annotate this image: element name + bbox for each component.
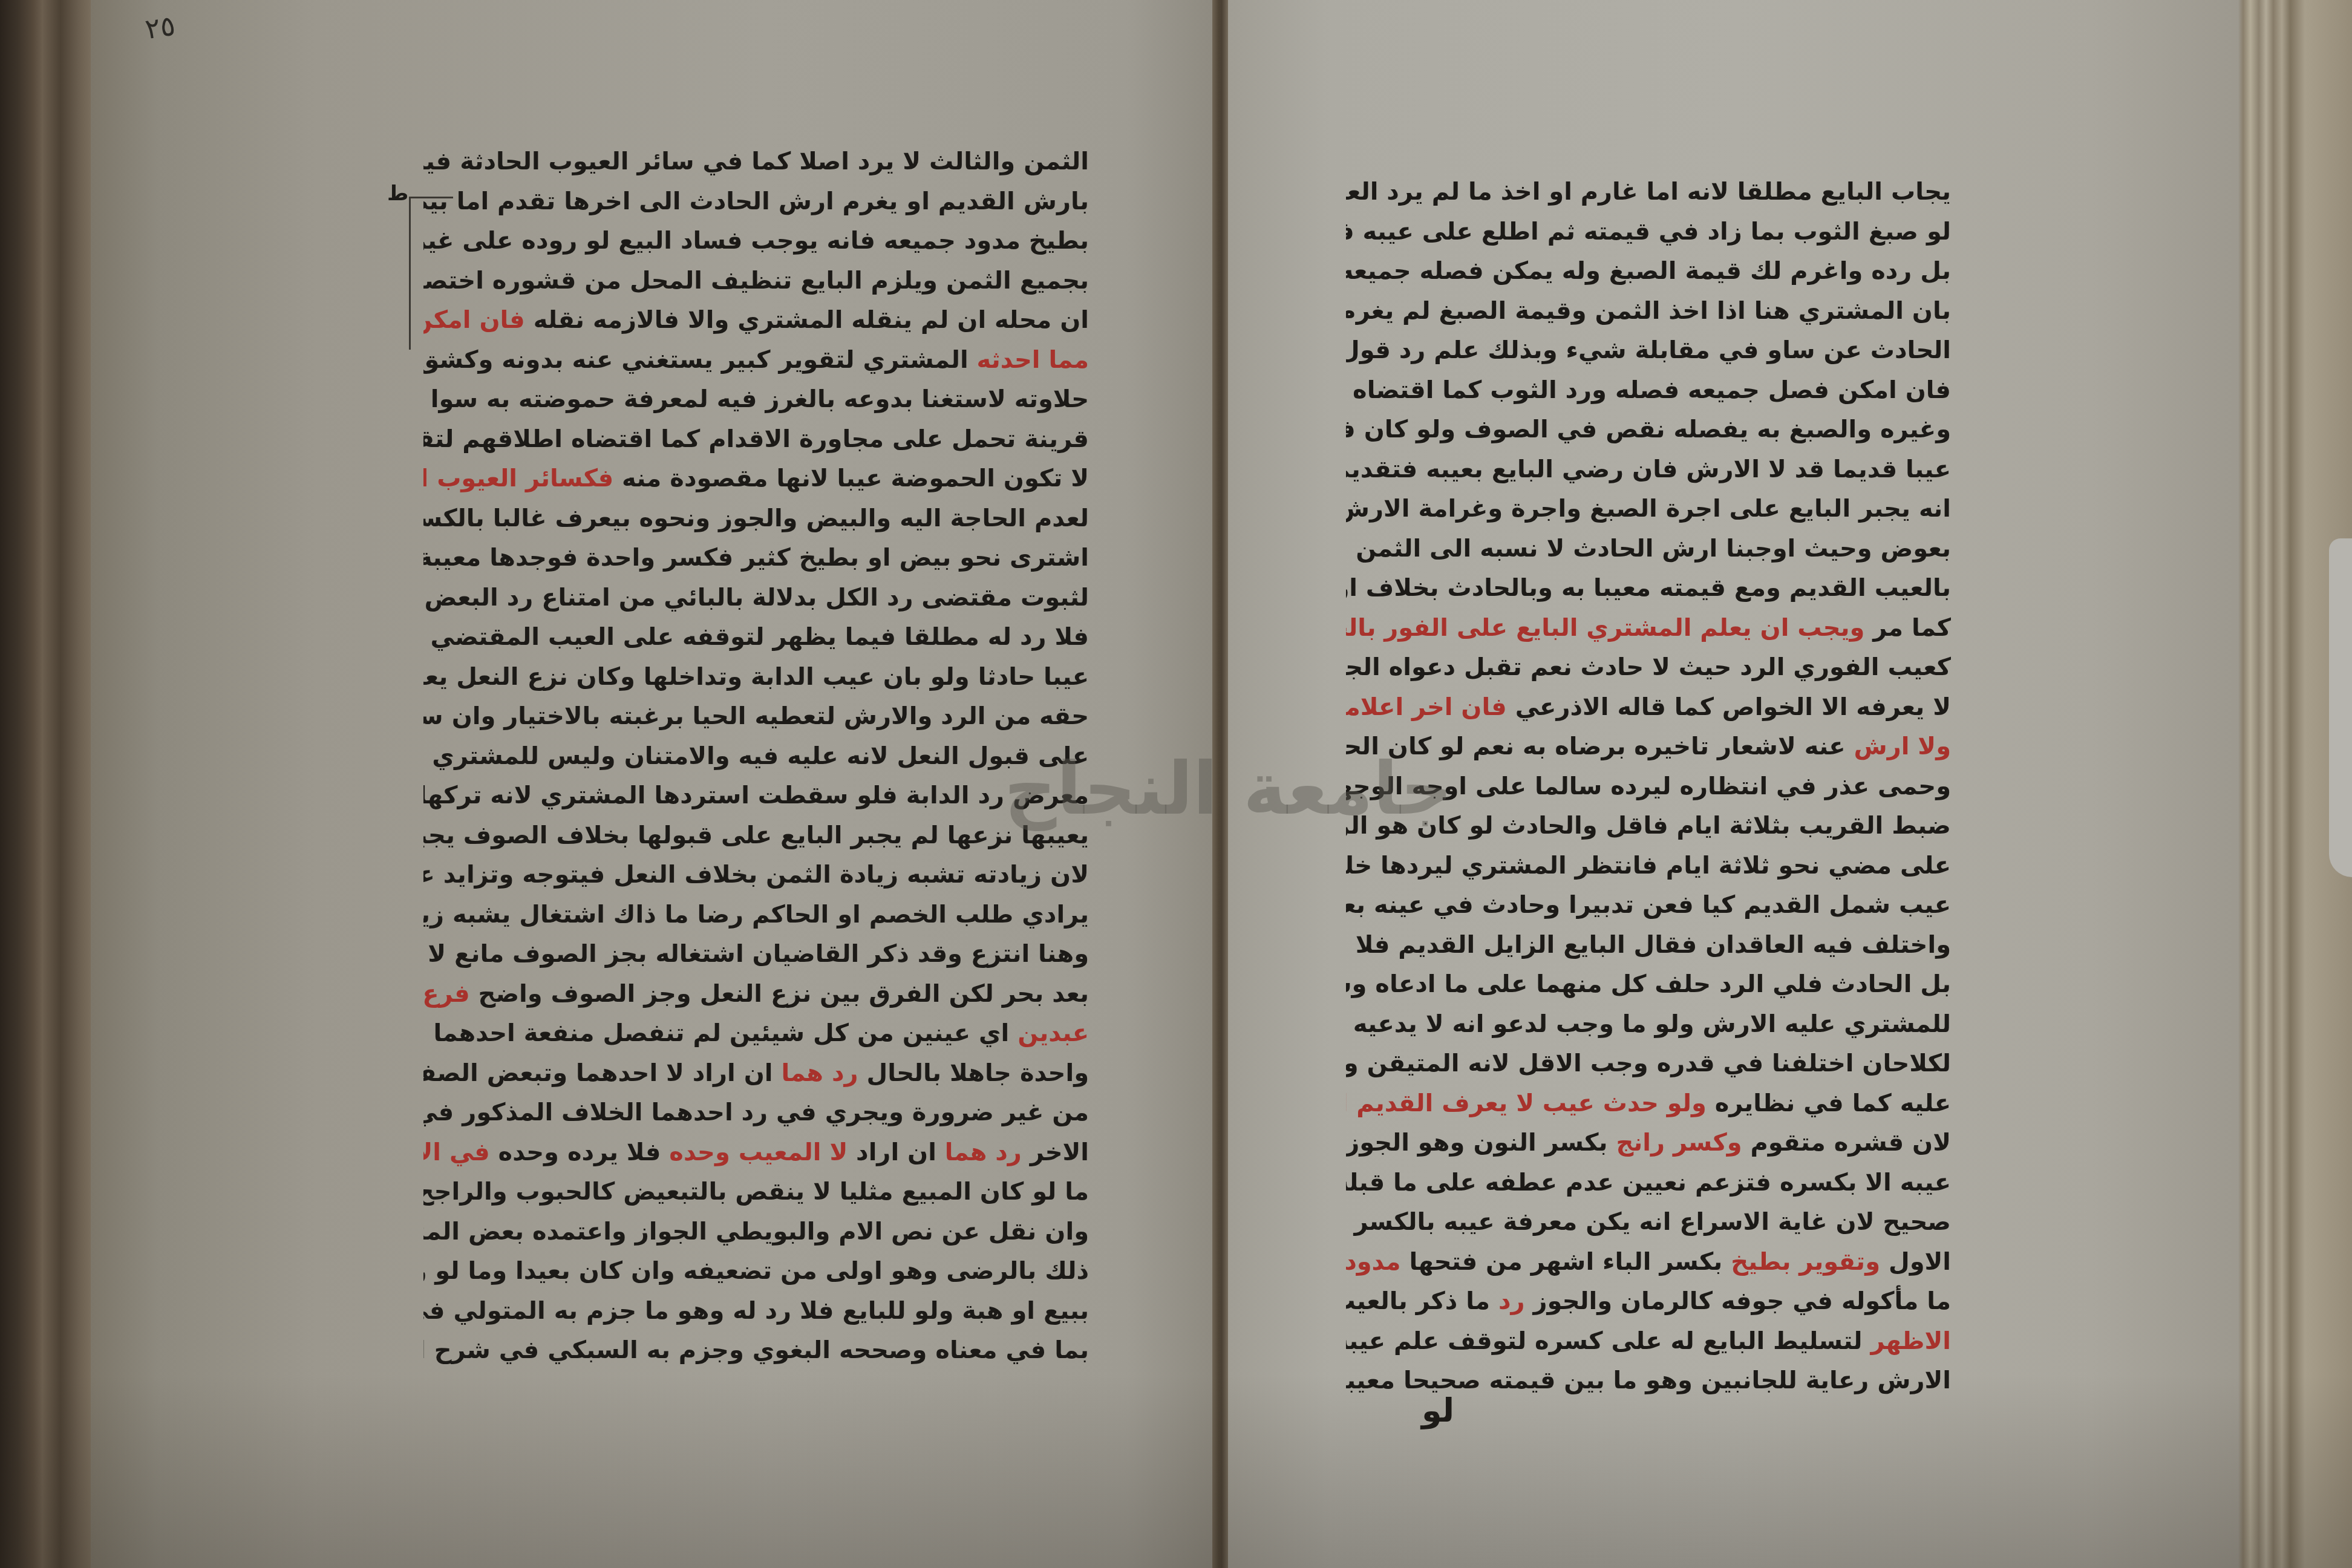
manuscript-line: عليه كما في نظايره ولو حدث عيب لا يعرف ا… bbox=[1346, 1084, 1951, 1124]
body-text: لو صبغ الثوب بما زاد في قيمته ثم اطلع عل… bbox=[1346, 218, 1951, 246]
manuscript-line: يجاب البايع مطلقا لانه اما غارم او اخذ م… bbox=[1346, 172, 1951, 212]
body-text: لثبوت مقتضى رد الكل بدلالة بالبائي من ام… bbox=[423, 584, 1089, 612]
body-text: لكلاحان اختلفنا في قدره وجب الاقل لانه ا… bbox=[1346, 1050, 1951, 1077]
rubric-text: وتقوير بطيخ bbox=[1731, 1248, 1880, 1276]
manuscript-line: لان زيادته تشبه زيادة الثمن بخلاف النعل … bbox=[423, 855, 1089, 895]
manuscript-line: فان امكن فصل جميعه فصله ورد الثوب كما اق… bbox=[1346, 371, 1951, 411]
body-text: الاول bbox=[1880, 1248, 1951, 1276]
body-text: بارش القديم او يغرم ارش الحادث الى اخرها… bbox=[423, 188, 1089, 215]
rubric-text: في الاظهر bbox=[423, 1138, 490, 1166]
manuscript-line: وغيره والصبغ به يفصله نقص في الصوف ولو ك… bbox=[1346, 410, 1951, 450]
manuscript-line: لو صبغ الثوب بما زاد في قيمته ثم اطلع عل… bbox=[1346, 212, 1951, 252]
manuscript-line: عيبا حادثا ولو بان عيب الدابة وتداخلها و… bbox=[423, 658, 1089, 697]
body-text: لان قشره متقوم bbox=[1742, 1129, 1951, 1157]
body-text: من غير ضرورة ويجري في رد احدهما الخلاف ا… bbox=[423, 1099, 1089, 1126]
manuscript-line: للمشتري عليه الارش ولو ما وجب لدعو انه ل… bbox=[1346, 1005, 1951, 1045]
body-text: بان المشتري هنا اذا اخذ الثمن وقيمة الصب… bbox=[1346, 297, 1951, 325]
body-text: ذلك بالرضى وهو اولى من تضعيفه وان كان بع… bbox=[423, 1257, 1089, 1285]
manuscript-line: ما مأكوله في جوفه كالرمان والجوز رد ما ذ… bbox=[1346, 1282, 1951, 1322]
body-text: حلاوته لاستغنا بدوعه بالغرز فيه لمعرفة ح… bbox=[423, 385, 1089, 413]
body-text: ما ذكر بالعيب القديم bbox=[1346, 1287, 1498, 1315]
body-text: بل رده واغرم لك قيمة الصبغ وله يمكن فصله… bbox=[1346, 257, 1951, 285]
body-text: صحيح لان غاية الاسراع انه يكن معرفة عيبه… bbox=[1346, 1208, 1951, 1236]
body-text: وهنا انتزع وقد ذكر القاضيان اشتغاله بجز … bbox=[423, 940, 1089, 968]
manuscript-line: عيبا قديما قد لا الارش فان رضي البايع بع… bbox=[1346, 450, 1951, 490]
manuscript-line: لكلاحان اختلفنا في قدره وجب الاقل لانه ا… bbox=[1346, 1044, 1951, 1084]
folio-number: ٢٥ bbox=[143, 9, 177, 45]
body-text: الحادث عن ساو في مقابلة شيء وبذلك علم رد… bbox=[1346, 336, 1951, 364]
body-text: بكسر الباء اشهر من فتحها bbox=[1400, 1248, 1731, 1276]
manuscript-spread: ٢٥ ط الثمن والثالث لا يرد اصلا كما في سا… bbox=[0, 0, 2352, 1568]
manuscript-line: الاظهر لتسليط البايع له على كسره لتوقف ع… bbox=[1346, 1322, 1951, 1362]
body-text: ان اراد لا احدهما وتبعض الصفقة على الباي… bbox=[423, 1059, 781, 1087]
manuscript-line: بل الحادث فلي الرد حلف كل منهما على ما ا… bbox=[1346, 965, 1951, 1005]
body-text: بل الحادث فلي الرد حلف كل منهما على ما ا… bbox=[1346, 970, 1951, 998]
manuscript-line: بعد بحر لكن الفرق بين نزع النعل وجز الصو… bbox=[423, 975, 1089, 1014]
rubric-text: فرع bbox=[423, 980, 470, 1008]
body-text: عيبا قديما قد لا الارش فان رضي البايع بع… bbox=[1346, 456, 1951, 483]
rubric-text: مدود bbox=[1346, 1248, 1400, 1276]
body-text: لا تكون الحموضة عيبا لانها مقصودة منه bbox=[613, 465, 1089, 492]
manuscript-line: صحيح لان غاية الاسراع انه يكن معرفة عيبه… bbox=[1346, 1203, 1951, 1243]
body-text: الارش رعاية للجانبين وهو ما بين قيمته صح… bbox=[1346, 1367, 1951, 1394]
manuscript-line: بما في معناه وصححه البغوي وجزم به السبكي… bbox=[423, 1331, 1089, 1371]
body-text: بعد بحر لكن الفرق بين نزع النعل وجز الصو… bbox=[470, 980, 1089, 1008]
body-text: كعيب الفوري الرد حيث لا حادث نعم تقبل دع… bbox=[1346, 653, 1951, 681]
body-text: بجميع الثمن ويلزم البايع تنظيف المحل من … bbox=[423, 267, 1089, 295]
body-text: يجاب البايع مطلقا لانه اما غارم او اخذ م… bbox=[1346, 178, 1951, 206]
manuscript-line: ببيع او هبة ولو للبايع فلا رد له وهو ما … bbox=[423, 1292, 1089, 1331]
body-text: للمشتري عليه الارش ولو ما وجب لدعو انه ل… bbox=[1346, 1010, 1951, 1038]
rubric-text: فان امكن معرفة القديم بأقل bbox=[423, 306, 525, 334]
rubric-text: وكسر رانج bbox=[1616, 1129, 1742, 1157]
body-text: ما لو كان المبيع مثليا لا ينقص بالتبعيض … bbox=[423, 1178, 1089, 1206]
manuscript-line: فلا رد له مطلقا فيما يظهر لتوقفه على الع… bbox=[423, 618, 1089, 658]
manuscript-line: ان محله ان لم ينقله المشتري والا فالازمه… bbox=[423, 301, 1089, 341]
body-text: عيبا حادثا ولو بان عيب الدابة وتداخلها و… bbox=[423, 663, 1089, 691]
body-text: اشترى نحو بيض او بطيخ كثير فكسر واحدة فو… bbox=[423, 544, 1089, 572]
rubric-text: عبدين bbox=[1018, 1019, 1089, 1047]
body-text: معرض رد الدابة فلو سقطت استردها المشتري … bbox=[423, 782, 1089, 809]
body-text: على مضي نحو ثلاثة ايام فانتظر المشتري لي… bbox=[1346, 852, 1951, 880]
rubric-text: الاظهر bbox=[1871, 1327, 1951, 1355]
manuscript-line: بطيخ مدود جميعه فانه يوجب فساد البيع لو … bbox=[423, 221, 1089, 261]
manuscript-line: بعوض وحيث اوجبنا ارش الحادث لا نسبه الى … bbox=[1346, 529, 1951, 569]
body-text: يعيبها نزعها لم يجبر البايع على قبولها ب… bbox=[423, 822, 1089, 849]
body-text: فان امكن فصل جميعه فصله ورد الثوب كما اق… bbox=[1346, 376, 1951, 404]
manuscript-line: حلاوته لاستغنا بدوعه بالغرز فيه لمعرفة ح… bbox=[423, 380, 1089, 420]
manuscript-line: لعدم الحاجة اليه والبيض والجوز ونحوه بيع… bbox=[423, 499, 1089, 539]
body-text: بما في معناه وصححه البغوي وجزم به السبكي… bbox=[423, 1336, 1089, 1364]
body-text: اي عينين من كل شيئين لم تنفصل منفعة احده… bbox=[423, 1019, 1018, 1047]
manuscript-line: انه يجبر البايع على اجرة الصبغ واجرة وغر… bbox=[1346, 489, 1951, 529]
manuscript-line: مما احدثه المشتري لتقوير كبير يستغني عنه… bbox=[423, 341, 1089, 381]
left-page-text-block: الثمن والثالث لا يرد اصلا كما في سائر ال… bbox=[423, 142, 1089, 1371]
body-text: فلا يرده وحده bbox=[490, 1138, 670, 1166]
body-text: وان نقل عن نص الام والبويطي الجواز واعتم… bbox=[423, 1218, 1089, 1246]
manuscript-line: لا يعرفه الا الخواص كما قاله الاذرعي فان… bbox=[1346, 688, 1951, 728]
body-text: بعوض وحيث اوجبنا ارش الحادث لا نسبه الى … bbox=[1346, 535, 1951, 563]
body-text: لا يعرفه الا الخواص كما قاله الاذرعي bbox=[1507, 693, 1951, 721]
manuscript-line: لا تكون الحموضة عيبا لانها مقصودة منه فك… bbox=[423, 459, 1089, 499]
manuscript-line: بارش القديم او يغرم ارش الحادث الى اخرها… bbox=[423, 182, 1089, 222]
manuscript-line: بالعيب القديم ومع قيمته معيبا به وبالحاد… bbox=[1346, 569, 1951, 609]
body-text: وغيره والصبغ به يفصله نقص في الصوف ولو ك… bbox=[1346, 416, 1951, 443]
manuscript-line: قرينة تحمل على مجاورة الاقدام كما اقتضاه… bbox=[423, 420, 1089, 460]
manuscript-line: حقه من الرد والارش لتعطيه الحيا برغبته ب… bbox=[423, 697, 1089, 737]
manuscript-line: بجميع الثمن ويلزم البايع تنظيف المحل من … bbox=[423, 261, 1089, 301]
torn-page-corner bbox=[2329, 538, 2352, 877]
body-text: بكسر النون وهو الجوز الهندي حيث المرتبات… bbox=[1346, 1129, 1616, 1157]
rubric-text: رد bbox=[1498, 1287, 1525, 1315]
body-text: على قبول النعل لانه عليه فيه والامتنان و… bbox=[423, 742, 1089, 770]
body-text: ما مأكوله في جوفه كالرمان والجوز bbox=[1525, 1287, 1951, 1315]
manuscript-line: من غير ضرورة ويجري في رد احدهما الخلاف ا… bbox=[423, 1093, 1089, 1133]
manuscript-line: الحادث عن ساو في مقابلة شيء وبذلك علم رد… bbox=[1346, 331, 1951, 371]
manuscript-line: على قبول النعل لانه عليه فيه والامتنان و… bbox=[423, 737, 1089, 777]
rubric-text: مما احدثه bbox=[977, 346, 1089, 374]
body-text: ببيع او هبة ولو للبايع فلا رد له وهو ما … bbox=[423, 1297, 1089, 1325]
rubric-text: فان اخر اعلامه bbox=[1346, 693, 1507, 721]
library-watermark: جامعة النجاح bbox=[1004, 747, 1452, 831]
body-text: حقه من الرد والارش لتعطيه الحيا برغبته ب… bbox=[423, 702, 1089, 730]
manuscript-line: ما لو كان المبيع مثليا لا ينقص بالتبعيض … bbox=[423, 1172, 1089, 1212]
body-text: عيبه الا بكسره فتزعم نعيين عدم عطفه على … bbox=[1346, 1169, 1951, 1197]
rubric-text: ولو حدث عيب لا يعرف القديم الا به ككسر ب… bbox=[1346, 1089, 1707, 1117]
body-text: عيب شمل القديم كيا فعن تدبيرا وحادث في ع… bbox=[1346, 891, 1951, 919]
body-text: الاخر bbox=[1022, 1138, 1089, 1166]
manuscript-line: معرض رد الدابة فلو سقطت استردها المشتري … bbox=[423, 776, 1089, 816]
manuscript-line: وان نقل عن نص الام والبويطي الجواز واعتم… bbox=[423, 1212, 1089, 1252]
manuscript-line: يرادي طلب الخصم او الحاكم رضا ما ذاك اشت… bbox=[423, 895, 1089, 935]
body-text: المشتري لتقوير كبير يستغني عنه بدونه وكش… bbox=[423, 346, 977, 374]
manuscript-line: الاول وتقوير بطيخ بكسر الباء اشهر من فتح… bbox=[1346, 1243, 1951, 1282]
rubric-text: فكسائر العيوب الحادثة bbox=[423, 465, 613, 492]
body-text: عليه كما في نظايره bbox=[1707, 1089, 1951, 1117]
body-text: لعدم الحاجة اليه والبيض والجوز ونحوه بيع… bbox=[423, 505, 1089, 532]
body-text: ان محله ان لم ينقله المشتري والا فالازمه… bbox=[525, 306, 1089, 334]
manuscript-line: ذلك بالرضى وهو اولى من تضعيفه وان كان بع… bbox=[423, 1252, 1089, 1292]
margin-note: ط bbox=[387, 181, 408, 206]
manuscript-line: عبدين اي عينين من كل شيئين لم تنفصل منفع… bbox=[423, 1014, 1089, 1054]
manuscript-line: يعيبها نزعها لم يجبر البايع على قبولها ب… bbox=[423, 816, 1089, 856]
manuscript-line: اشترى نحو بيض او بطيخ كثير فكسر واحدة فو… bbox=[423, 538, 1089, 578]
manuscript-line: لثبوت مقتضى رد الكل بدلالة بالبائي من ام… bbox=[423, 578, 1089, 618]
body-text: انه يجبر البايع على اجرة الصبغ واجرة وغر… bbox=[1346, 495, 1951, 523]
body-text: يرادي طلب الخصم او الحاكم رضا ما ذاك اشت… bbox=[423, 901, 1089, 929]
body-text: واحدة جاهلا بالحال bbox=[858, 1059, 1089, 1087]
manuscript-line: كما مر ويجب ان يعلم المشتري البايع على ا… bbox=[1346, 609, 1951, 648]
rubric-text: رد هما bbox=[945, 1138, 1022, 1166]
body-text: كما مر bbox=[1864, 614, 1951, 642]
manuscript-line: الاخر رد هما ان اراد لا المعيب وحده فلا … bbox=[423, 1133, 1089, 1173]
body-text: لان زيادته تشبه زيادة الثمن بخلاف النعل … bbox=[423, 861, 1089, 889]
rubric-text: ويجب ان يعلم المشتري البايع على الفور با… bbox=[1346, 614, 1864, 642]
body-text: ان اراد bbox=[848, 1138, 945, 1166]
manuscript-line: عيبه الا بكسره فتزعم نعيين عدم عطفه على … bbox=[1346, 1163, 1951, 1203]
body-text: الثمن والثالث لا يرد اصلا كما في سائر ال… bbox=[423, 148, 1089, 175]
body-text: بالعيب القديم ومع قيمته معيبا به وبالحاد… bbox=[1346, 574, 1951, 602]
manuscript-line: واختلف فيه العاقدان فقال البايع الزايل ا… bbox=[1346, 926, 1951, 965]
rubric-text: ولا ارش bbox=[1854, 733, 1951, 760]
catchword: لو bbox=[1422, 1391, 1454, 1429]
body-text: فلا رد له مطلقا فيما يظهر لتوقفه على الع… bbox=[423, 623, 1089, 651]
manuscript-line: كعيب الفوري الرد حيث لا حادث نعم تقبل دع… bbox=[1346, 648, 1951, 688]
manuscript-line: وهنا انتزع وقد ذكر القاضيان اشتغاله بجز … bbox=[423, 935, 1089, 975]
manuscript-line: بل رده واغرم لك قيمة الصبغ وله يمكن فصله… bbox=[1346, 252, 1951, 292]
rubric-text: لا المعيب وحده bbox=[669, 1138, 848, 1166]
manuscript-line: عيب شمل القديم كيا فعن تدبيرا وحادث في ع… bbox=[1346, 886, 1951, 926]
body-text: قرينة تحمل على مجاورة الاقدام كما اقتضاه… bbox=[423, 425, 1089, 453]
rubric-text: رد هما bbox=[781, 1059, 858, 1087]
manuscript-line: الثمن والثالث لا يرد اصلا كما في سائر ال… bbox=[423, 142, 1089, 182]
manuscript-line: لان قشره متقوم وكسر رانج بكسر النون وهو … bbox=[1346, 1123, 1951, 1163]
manuscript-line: على مضي نحو ثلاثة ايام فانتظر المشتري لي… bbox=[1346, 846, 1951, 886]
manuscript-line: واحدة جاهلا بالحال رد هما ان اراد لا احد… bbox=[423, 1054, 1089, 1094]
body-text: لتسليط البايع له على كسره لتوقف علم عيبه… bbox=[1346, 1327, 1871, 1355]
manuscript-line: بان المشتري هنا اذا اخذ الثمن وقيمة الصب… bbox=[1346, 292, 1951, 332]
body-text: بطيخ مدود جميعه فانه يوجب فساد البيع لو … bbox=[423, 227, 1089, 255]
body-text: واختلف فيه العاقدان فقال البايع الزايل ا… bbox=[1346, 931, 1951, 959]
